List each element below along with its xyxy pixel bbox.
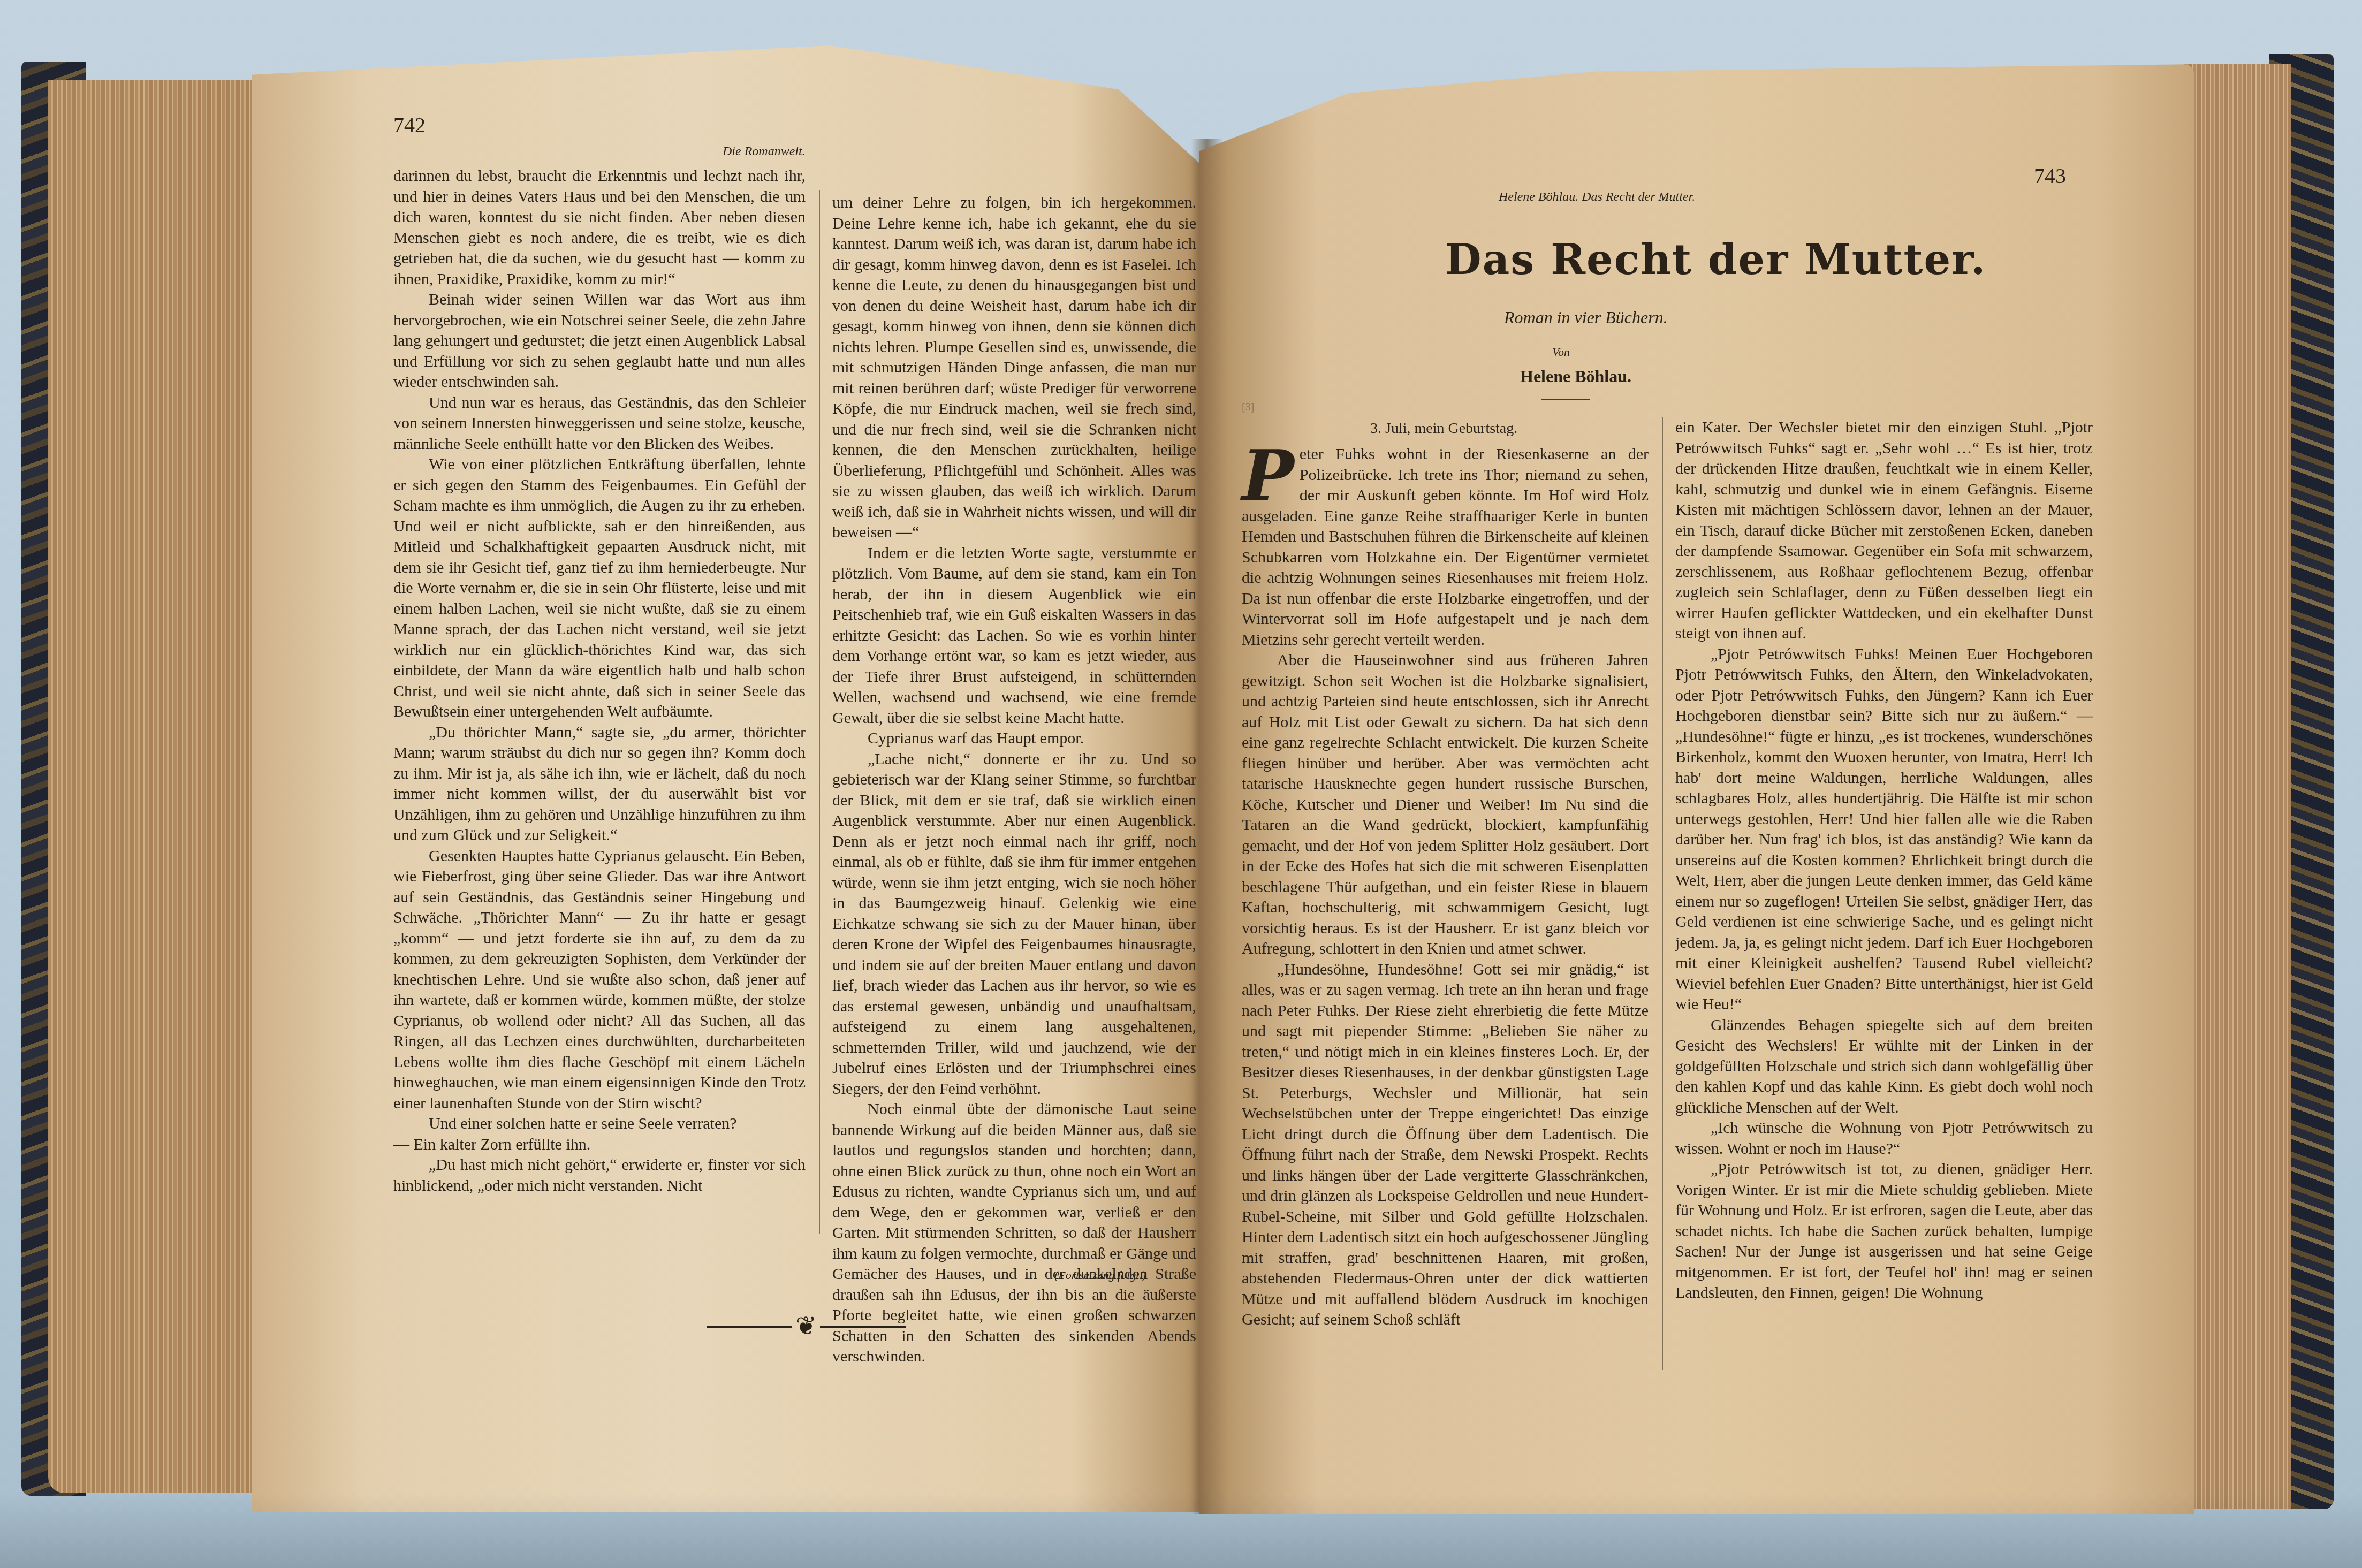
paragraph: „Hundesöhne, Hundesöhne! Gott sei mir gn… — [1242, 960, 1649, 1330]
fleuron-icon: ❦ — [795, 1314, 817, 1339]
paragraph-text: Und nun war es heraus, das Geständnis, d… — [393, 394, 806, 453]
left-page-column-1: darinnen du lebst, braucht die Erkenntni… — [393, 166, 806, 1196]
chapter-title: Das Recht der Mutter. — [1445, 235, 1986, 284]
paragraph: „Du thörichter Mann,“ sagte sie, „du arm… — [393, 722, 806, 846]
drop-cap: P — [1242, 446, 1294, 505]
tailpiece-ornament: ❦ — [707, 1314, 906, 1339]
paragraph: Und einer solchen hatte er seine Seele v… — [393, 1114, 806, 1135]
chapter-subtitle: Roman in vier Büchern. — [1504, 308, 1668, 328]
dateline: 3. Juli, mein Geburtstag. — [1370, 420, 1517, 437]
title-rule — [1541, 399, 1590, 400]
paragraph: Gesenkten Hauptes hatte Cyprianus gelaus… — [393, 846, 806, 1114]
byline-prefix: Von — [1552, 345, 1570, 359]
paragraph: um deiner Lehre zu folgen, bin ich herge… — [832, 193, 1196, 543]
page-edges-left — [48, 80, 273, 1493]
right-page-column-2: ein Kater. Der Wechsler bietet mir den e… — [1675, 417, 2093, 1304]
paragraph-text: Glänzendes Behagen spiegelte sich auf de… — [1675, 1016, 2093, 1116]
paragraph: Wie von einer plötzlichen Entkräftung üb… — [393, 454, 806, 722]
paragraph-text: Gesenkten Hauptes hatte Cyprianus gelaus… — [393, 847, 806, 1112]
paragraph-text: „Pjotr Petrówwitsch ist tot, zu dienen, … — [1675, 1160, 2093, 1301]
paragraph-text: Indem er die letzten Worte sagte, verstu… — [832, 544, 1196, 727]
paragraph: darinnen du lebst, braucht die Erkenntni… — [393, 166, 806, 290]
paragraph-text: Wie von einer plötzlichen Entkräftung üb… — [393, 455, 806, 720]
paragraph-text: „Pjotr Petrówwitsch Fuhks! Meinen Euer H… — [1675, 645, 2093, 1014]
signature-marker: [3] — [1242, 401, 1254, 414]
page-number-right: 743 — [2034, 163, 2066, 188]
paragraph: ein Kater. Der Wechsler bietet mir den e… — [1675, 417, 2093, 644]
left-page: 742 Die Romanwelt. darinnen du lebst, br… — [252, 45, 1215, 1512]
page-edges-right — [2184, 64, 2291, 1509]
ornament-rule — [820, 1326, 906, 1328]
paragraph: Und nun war es heraus, das Geständnis, d… — [393, 393, 806, 455]
paragraph-text: Cyprianus warf das Haupt empor. — [868, 729, 1084, 747]
page-number-left: 742 — [393, 112, 426, 138]
right-page: 743 Helene Böhlau. Das Recht der Mutter.… — [1199, 64, 2194, 1514]
paragraph-text: eter Fuhks wohnt in der Riesenkaserne an… — [1242, 445, 1649, 649]
running-head-right: Helene Böhlau. Das Recht der Mutter. — [1499, 190, 1695, 204]
column-rule — [1662, 417, 1663, 1370]
paragraph-text: „Du thörichter Mann,“ sagte sie, „du arm… — [393, 724, 806, 844]
paragraph-text: um deiner Lehre zu folgen, bin ich herge… — [832, 194, 1196, 541]
paragraph: „Pjotr Petrówwitsch ist tot, zu dienen, … — [1675, 1159, 2093, 1304]
paragraph-text: Und einer solchen hatte er seine Seele v… — [429, 1115, 737, 1132]
paragraph-text: Beinah wider seinen Willen war das Wort … — [393, 291, 806, 391]
paragraph: „Ich wünsche die Wohnung von Pjotr Petró… — [1675, 1118, 2093, 1159]
paragraph: Peter Fuhks wohnt in der Riesenkaserne a… — [1242, 444, 1649, 650]
paragraph: — Ein kalter Zorn erfüllte ihn. — [393, 1135, 806, 1155]
paragraph-text: „Ich wünsche die Wohnung von Pjotr Petró… — [1675, 1119, 2093, 1158]
paragraph: „Pjotr Petrówwitsch Fuhks! Meinen Euer H… — [1675, 644, 2093, 1015]
paragraph: Cyprianus warf das Haupt empor. — [832, 728, 1196, 749]
paragraph-text: darinnen du lebst, braucht die Erkenntni… — [393, 167, 806, 288]
paragraph-text: — Ein kalter Zorn erfüllte ihn. — [393, 1136, 590, 1153]
column-rule — [819, 190, 820, 1234]
paragraph-text: ein Kater. Der Wechsler bietet mir den e… — [1675, 418, 2093, 642]
photo-shadow — [0, 1493, 2362, 1568]
paragraph: Indem er die letzten Worte sagte, verstu… — [832, 543, 1196, 729]
paragraph-text: „Lache nicht,“ donnerte er ihr zu. Und s… — [832, 750, 1196, 1098]
paragraph: Beinah wider seinen Willen war das Wort … — [393, 290, 806, 393]
right-page-column-1: Peter Fuhks wohnt in der Riesenkaserne a… — [1242, 444, 1649, 1330]
paragraph-text: „Du hast mich nicht gehört,“ erwiderte e… — [393, 1156, 806, 1194]
running-head-left: Die Romanwelt. — [723, 144, 806, 159]
paragraph: Glänzendes Behagen spiegelte sich auf de… — [1675, 1015, 2093, 1118]
author-name: Helene Böhlau. — [1520, 367, 1631, 386]
left-page-column-2: um deiner Lehre zu folgen, bin ich herge… — [832, 193, 1196, 1367]
ornament-rule — [707, 1326, 792, 1328]
paragraph: „Lache nicht,“ donnerte er ihr zu. Und s… — [832, 749, 1196, 1100]
paragraph-text: „Hundesöhne, Hundesöhne! Gott sei mir gn… — [1242, 961, 1649, 1329]
continued-note: (Fortsetzung folgt.) — [1054, 1268, 1146, 1282]
paragraph-text: Aber die Hauseinwohner sind aus früheren… — [1242, 651, 1649, 957]
paragraph: Aber die Hauseinwohner sind aus früheren… — [1242, 650, 1649, 960]
paragraph: „Du hast mich nicht gehört,“ erwiderte e… — [393, 1155, 806, 1196]
